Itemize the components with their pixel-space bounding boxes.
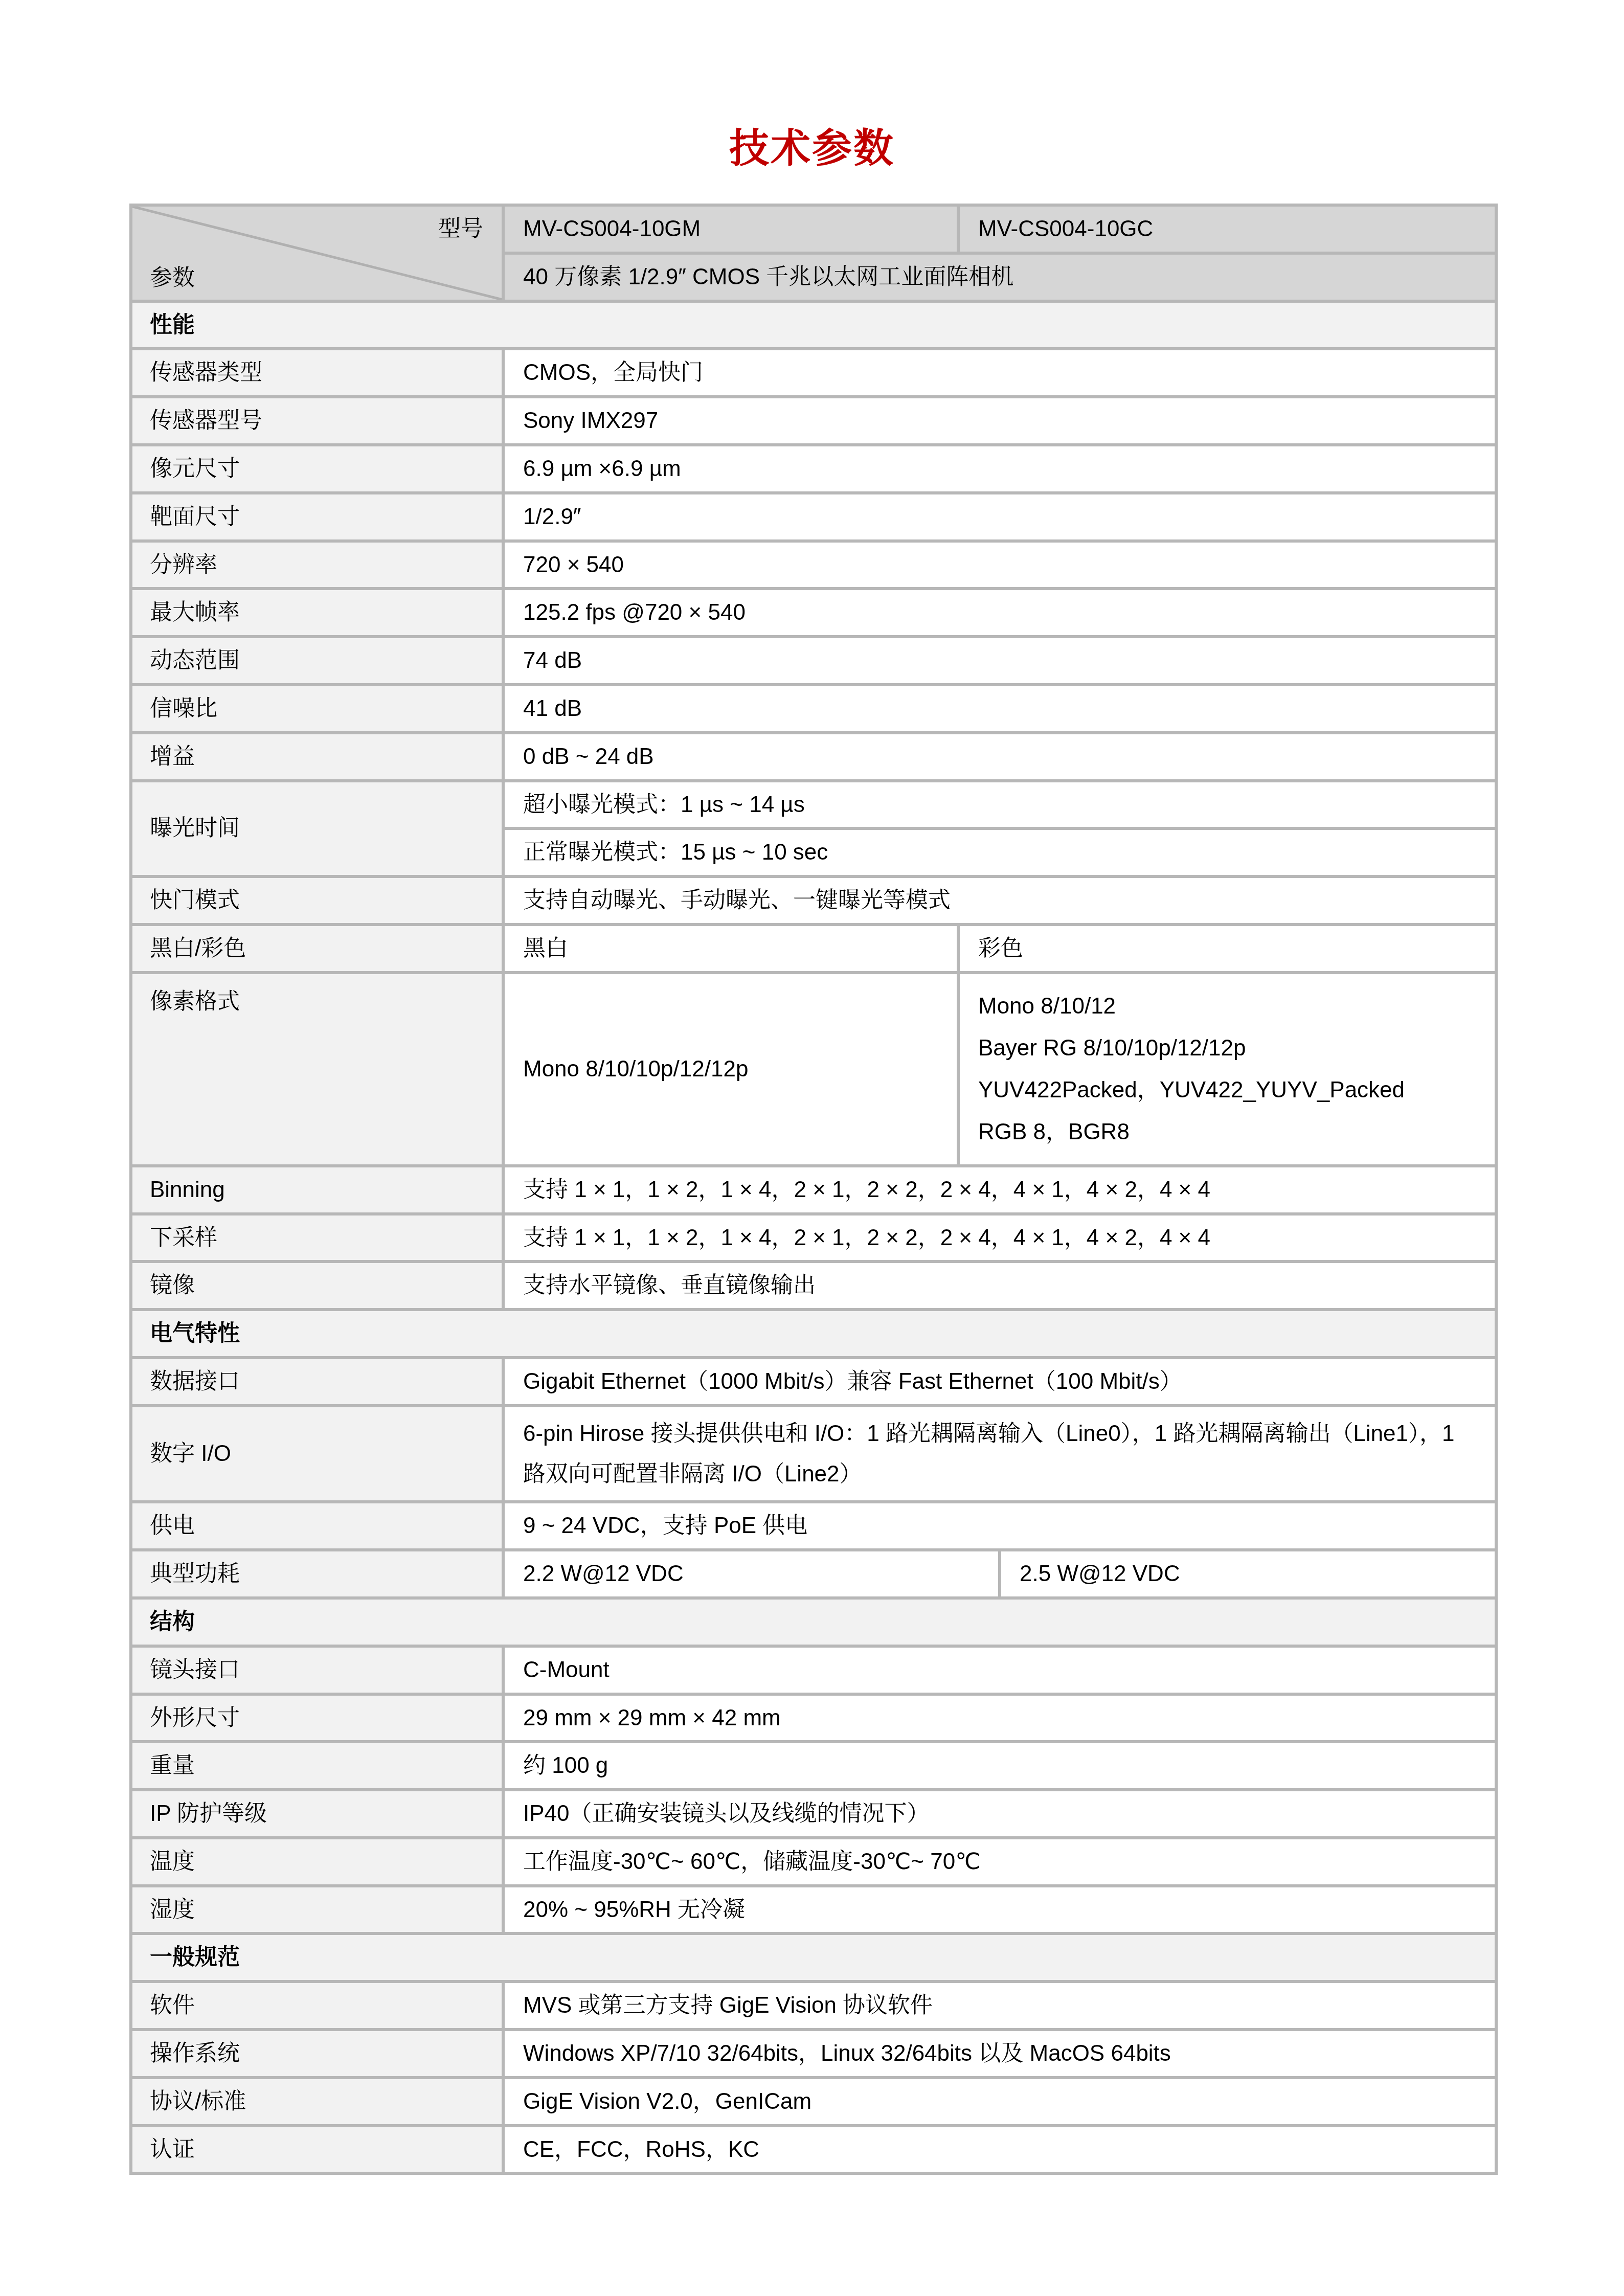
table-row: 认证 CE，FCC，RoHS，KC xyxy=(131,2126,1496,2174)
camera-description: 40 万像素 1/2.9″ CMOS 千兆以太网工业面阵相机 xyxy=(503,253,1496,301)
row-label: 曝光时间 xyxy=(131,781,503,877)
power-gc: 2.5 W@12 VDC xyxy=(998,1551,1495,1596)
row-value: 支持自动曝光、手动曝光、一键曝光等模式 xyxy=(503,876,1496,925)
section-row-general: 一般规范 xyxy=(131,1933,1496,1982)
page-title: 技术参数 xyxy=(0,0,1624,174)
pixel-format-line: Bayer RG 8/10/10p/12/12p xyxy=(978,1027,1482,1069)
row-value: Windows XP/7/10 32/64bits，Linux 32/64bit… xyxy=(503,2030,1496,2078)
row-value: 720 × 540 xyxy=(503,541,1496,589)
table-row: 数据接口 Gigabit Ethernet（1000 Mbit/s）兼容 Fas… xyxy=(131,1358,1496,1406)
row-value-exposure-short: 超小曝光模式：1 µs ~ 14 µs xyxy=(503,781,1496,829)
table-row: 重量 约 100 g xyxy=(131,1742,1496,1790)
row-value: Gigabit Ethernet（1000 Mbit/s）兼容 Fast Eth… xyxy=(503,1358,1496,1406)
table-row: 传感器型号 Sony IMX297 xyxy=(131,397,1496,445)
row-label: 外形尺寸 xyxy=(131,1694,503,1742)
row-value: 支持 1 × 1，1 × 2，1 × 4，2 × 1，2 × 2，2 × 4，4… xyxy=(503,1166,1496,1214)
table-row: 温度 工作温度-30℃~ 60℃，储藏温度-30℃~ 70℃ xyxy=(131,1838,1496,1886)
table-row: 动态范围 74 dB xyxy=(131,637,1496,685)
row-label: 动态范围 xyxy=(131,637,503,685)
section-row-electrical: 电气特性 xyxy=(131,1310,1496,1358)
table-row: 信噪比 41 dB xyxy=(131,685,1496,733)
table-row: 像元尺寸 6.9 µm ×6.9 µm xyxy=(131,445,1496,493)
row-value-exposure-normal: 正常曝光模式：15 µs ~ 10 sec xyxy=(503,828,1496,876)
row-label: 操作系统 xyxy=(131,2030,503,2078)
pixel-format-line: YUV422Packed，YUV422_YUYV_Packed xyxy=(978,1069,1482,1111)
table-row: 软件 MVS 或第三方支持 GigE Vision 协议软件 xyxy=(131,1982,1496,2030)
table-row: 分辨率 720 × 540 xyxy=(131,541,1496,589)
row-value: 125.2 fps @720 × 540 xyxy=(503,589,1496,637)
table-row: 下采样 支持 1 × 1，1 × 2，1 × 4，2 × 1，2 × 2，2 ×… xyxy=(131,1214,1496,1262)
row-label: 湿度 xyxy=(131,1886,503,1934)
row-value: 工作温度-30℃~ 60℃，储藏温度-30℃~ 70℃ xyxy=(503,1838,1496,1886)
row-value-mono: 黑白 xyxy=(503,925,958,973)
table-row: 镜像 支持水平镜像、垂直镜像输出 xyxy=(131,1262,1496,1310)
row-value: 1/2.9″ xyxy=(503,493,1496,541)
table-row: 供电 9 ~ 24 VDC，支持 PoE 供电 xyxy=(131,1502,1496,1550)
row-label: 温度 xyxy=(131,1838,503,1886)
row-value: 6.9 µm ×6.9 µm xyxy=(503,445,1496,493)
row-value: C-Mount xyxy=(503,1646,1496,1694)
row-label: 增益 xyxy=(131,733,503,781)
row-value-color-formats: Mono 8/10/12 Bayer RG 8/10/10p/12/12p YU… xyxy=(958,973,1496,1166)
table-header-row: 型号 参数 MV-CS004-10GM MV-CS004-10GC xyxy=(131,205,1496,253)
row-label: 认证 xyxy=(131,2126,503,2174)
row-label: 分辨率 xyxy=(131,541,503,589)
power-gm: 2.2 W@12 VDC xyxy=(505,1551,998,1596)
corner-param-label: 参数 xyxy=(150,264,195,292)
table-row: 最大帧率 125.2 fps @720 × 540 xyxy=(131,589,1496,637)
row-label: Binning xyxy=(131,1166,503,1214)
row-label: 黑白/彩色 xyxy=(131,925,503,973)
pixel-format-line: Mono 8/10/12 xyxy=(978,985,1482,1027)
table-row: 靶面尺寸 1/2.9″ xyxy=(131,493,1496,541)
row-value: IP40（正确安装镜头以及线缆的情况下） xyxy=(503,1790,1496,1838)
row-label: 典型功耗 xyxy=(131,1550,503,1598)
row-value: 6-pin Hirose 接头提供供电和 I/O：1 路光耦隔离输入（Line0… xyxy=(503,1406,1496,1502)
section-label: 结构 xyxy=(131,1598,1496,1646)
table-row: 协议/标准 GigE Vision V2.0，GenICam xyxy=(131,2078,1496,2126)
table-row: IP 防护等级 IP40（正确安装镜头以及线缆的情况下） xyxy=(131,1790,1496,1838)
model-name-gc: MV-CS004-10GC xyxy=(958,205,1496,253)
row-value: MVS 或第三方支持 GigE Vision 协议软件 xyxy=(503,1982,1496,2030)
table-row: 增益 0 dB ~ 24 dB xyxy=(131,733,1496,781)
table-row-mono-color: 黑白/彩色 黑白 彩色 xyxy=(131,925,1496,973)
row-label: 最大帧率 xyxy=(131,589,503,637)
row-value: 29 mm × 29 mm × 42 mm xyxy=(503,1694,1496,1742)
row-value: 20% ~ 95%RH 无冷凝 xyxy=(503,1886,1496,1934)
section-label: 电气特性 xyxy=(131,1310,1496,1358)
row-value: CE，FCC，RoHS，KC xyxy=(503,2126,1496,2174)
row-value: 41 dB xyxy=(503,685,1496,733)
table-row: 传感器类型 CMOS，全局快门 xyxy=(131,349,1496,397)
row-label: 像素格式 xyxy=(131,973,503,1166)
table-row: 外形尺寸 29 mm × 29 mm × 42 mm xyxy=(131,1694,1496,1742)
row-label: 传感器类型 xyxy=(131,349,503,397)
row-value-color: 彩色 xyxy=(958,925,1496,973)
row-value: 支持水平镜像、垂直镜像输出 xyxy=(503,1262,1496,1310)
row-value: 9 ~ 24 VDC，支持 PoE 供电 xyxy=(503,1502,1496,1550)
row-label: 传感器型号 xyxy=(131,397,503,445)
row-label: 像元尺寸 xyxy=(131,445,503,493)
row-label: IP 防护等级 xyxy=(131,1790,503,1838)
row-value: CMOS，全局快门 xyxy=(503,349,1496,397)
row-label: 重量 xyxy=(131,1742,503,1790)
row-label: 下采样 xyxy=(131,1214,503,1262)
table-row: 操作系统 Windows XP/7/10 32/64bits，Linux 32/… xyxy=(131,2030,1496,2078)
row-label: 靶面尺寸 xyxy=(131,493,503,541)
row-value-mono-formats: Mono 8/10/10p/12/12p xyxy=(503,973,958,1166)
row-label: 数据接口 xyxy=(131,1358,503,1406)
row-label: 快门模式 xyxy=(131,876,503,925)
section-row-structure: 结构 xyxy=(131,1598,1496,1646)
corner-model-label: 型号 xyxy=(438,215,483,243)
model-name-gm: MV-CS004-10GM xyxy=(503,205,958,253)
row-value-power: 2.2 W@12 VDC 2.5 W@12 VDC xyxy=(503,1550,1496,1598)
table-row: 数字 I/O 6-pin Hirose 接头提供供电和 I/O：1 路光耦隔离输… xyxy=(131,1406,1496,1502)
section-label: 一般规范 xyxy=(131,1933,1496,1982)
table-row: 镜头接口 C-Mount xyxy=(131,1646,1496,1694)
table-row: 快门模式 支持自动曝光、手动曝光、一键曝光等模式 xyxy=(131,876,1496,925)
table-row: 湿度 20% ~ 95%RH 无冷凝 xyxy=(131,1886,1496,1934)
row-value: 约 100 g xyxy=(503,1742,1496,1790)
row-value: 0 dB ~ 24 dB xyxy=(503,733,1496,781)
row-label: 协议/标准 xyxy=(131,2078,503,2126)
row-label: 镜像 xyxy=(131,1262,503,1310)
row-value: Sony IMX297 xyxy=(503,397,1496,445)
row-value: 74 dB xyxy=(503,637,1496,685)
row-label: 镜头接口 xyxy=(131,1646,503,1694)
row-value: GigE Vision V2.0，GenICam xyxy=(503,2078,1496,2126)
row-label: 供电 xyxy=(131,1502,503,1550)
spec-table: 型号 参数 MV-CS004-10GM MV-CS004-10GC 40 万像素… xyxy=(129,204,1498,2175)
section-label: 性能 xyxy=(131,301,1496,349)
section-row-performance: 性能 xyxy=(131,301,1496,349)
table-row-power: 典型功耗 2.2 W@12 VDC 2.5 W@12 VDC xyxy=(131,1550,1496,1598)
row-label: 软件 xyxy=(131,1982,503,2030)
table-row-exposure: 曝光时间 超小曝光模式：1 µs ~ 14 µs xyxy=(131,781,1496,829)
table-row: Binning 支持 1 × 1，1 × 2，1 × 4，2 × 1，2 × 2… xyxy=(131,1166,1496,1214)
row-label: 数字 I/O xyxy=(131,1406,503,1502)
row-value: 支持 1 × 1，1 × 2，1 × 4，2 × 1，2 × 2，2 × 4，4… xyxy=(503,1214,1496,1262)
corner-cell: 型号 参数 xyxy=(131,205,503,301)
pixel-format-line: RGB 8，BGR8 xyxy=(978,1111,1482,1153)
row-label: 信噪比 xyxy=(131,685,503,733)
table-row-pixel-format: 像素格式 Mono 8/10/10p/12/12p Mono 8/10/12 B… xyxy=(131,973,1496,1166)
